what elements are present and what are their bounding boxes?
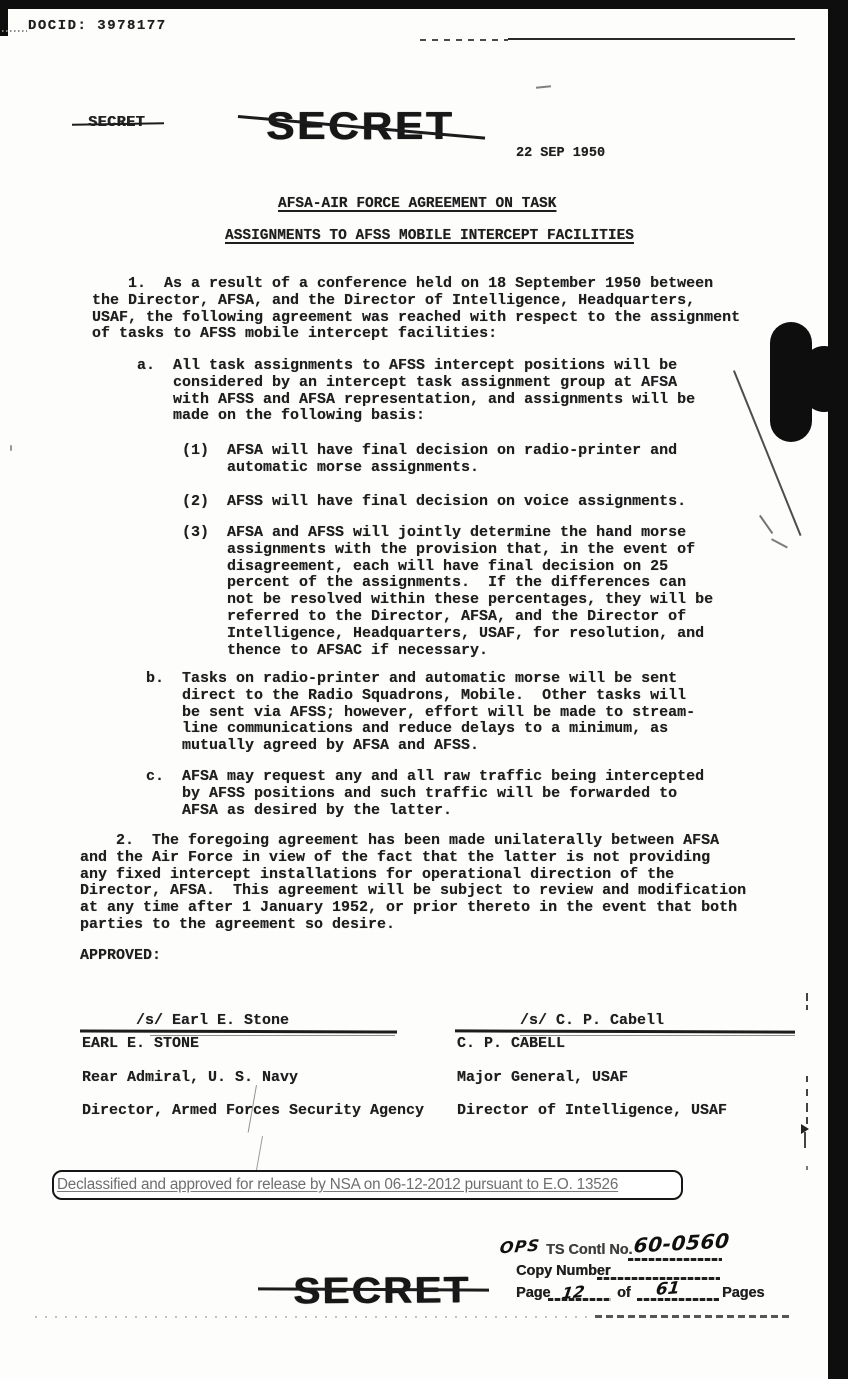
paragraph-1: 1. As a result of a conference held on 1…	[92, 276, 740, 343]
scan-speck-comma	[10, 445, 12, 451]
item-1: (1) AFSA will have final decision on rad…	[182, 443, 677, 477]
pages-total-handwriting: 61	[655, 1278, 681, 1300]
title-line-2: ASSIGNMENTS TO AFSS MOBILE INTERCEPT FAC…	[225, 228, 634, 245]
page-value-underline	[548, 1298, 611, 1301]
signature-left-name: EARL E. STONE	[82, 1035, 199, 1052]
of-label: of	[617, 1284, 631, 1301]
docid-label: DOCID: 3978177	[28, 18, 167, 35]
title-line-1: AFSA-AIR FORCE AGREEMENT ON TASK	[278, 196, 556, 213]
margin-tick-5	[806, 1103, 808, 1112]
margin-tick-7	[806, 1166, 808, 1170]
signature-left-rank: Rear Admiral, U. S. Navy	[82, 1069, 298, 1086]
hole-punch-blob-round	[798, 346, 848, 412]
declassification-banner: Declassified and approved for release by…	[52, 1170, 683, 1200]
page-label: Page	[516, 1284, 550, 1301]
document-page: { "doc": { "docid": "DOCID: 3978177", "d…	[0, 0, 848, 1379]
right-scan-strip	[828, 0, 848, 1379]
signature-right-script: /s/ C. P. Cabell	[457, 1013, 664, 1030]
margin-arrow-tail	[804, 1132, 806, 1148]
docid-leader-dots	[2, 30, 27, 32]
signature-right-title: Director of Intelligence, USAF	[457, 1102, 727, 1119]
pencil-mark-b	[771, 539, 788, 549]
ops-handwriting: OPS	[499, 1236, 541, 1258]
item-2: (2) AFSS will have final decision on voi…	[182, 494, 686, 511]
paragraph-2: 2. The foregoing agreement has been made…	[80, 833, 746, 934]
signature-left-rule	[80, 1029, 397, 1033]
date-label: 22 SEP 1950	[516, 146, 605, 163]
pages-label: Pages	[722, 1284, 764, 1301]
bottom-dotted-line-right	[595, 1315, 791, 1318]
pencil-mark-a	[759, 515, 773, 534]
approved-label: APPROVED:	[80, 948, 161, 965]
signature-right-block: C. P. CABELL Major General, USAF Directo…	[457, 1036, 727, 1120]
declassification-banner-text: Declassified and approved for release by…	[54, 1176, 618, 1194]
margin-tick-2	[806, 1005, 808, 1010]
signature-left-script: /s/ Earl E. Stone	[82, 1013, 289, 1030]
top-rule-solid	[508, 38, 795, 40]
signature-right-name: C. P. CABELL	[457, 1035, 565, 1052]
item-b: b. Tasks on radio-printer and automatic …	[146, 671, 695, 755]
margin-tick-1	[806, 993, 808, 1001]
top-scan-bar	[0, 0, 848, 9]
bottom-dotted-line-left	[35, 1316, 590, 1318]
item-c: c. AFSA may request any and all raw traf…	[146, 769, 704, 819]
item-a: a. All task assignments to AFSS intercep…	[137, 358, 695, 425]
scan-speck-dash	[536, 85, 551, 89]
pencil-slash-b	[256, 1136, 263, 1171]
pages-total-underline	[637, 1298, 719, 1301]
margin-tick-4	[806, 1089, 808, 1096]
control-number-label: TS Contl No.	[546, 1241, 632, 1258]
control-number-underline	[628, 1258, 722, 1261]
item-3: (3) AFSA and AFSS will jointly determine…	[182, 525, 713, 659]
margin-tick-3	[806, 1076, 808, 1082]
top-rule-dashed	[420, 39, 508, 41]
signature-right-rule	[455, 1029, 795, 1033]
control-number-value: 60-0560	[633, 1229, 731, 1258]
margin-tick-6	[806, 1117, 808, 1124]
signature-right-rank: Major General, USAF	[457, 1069, 628, 1086]
